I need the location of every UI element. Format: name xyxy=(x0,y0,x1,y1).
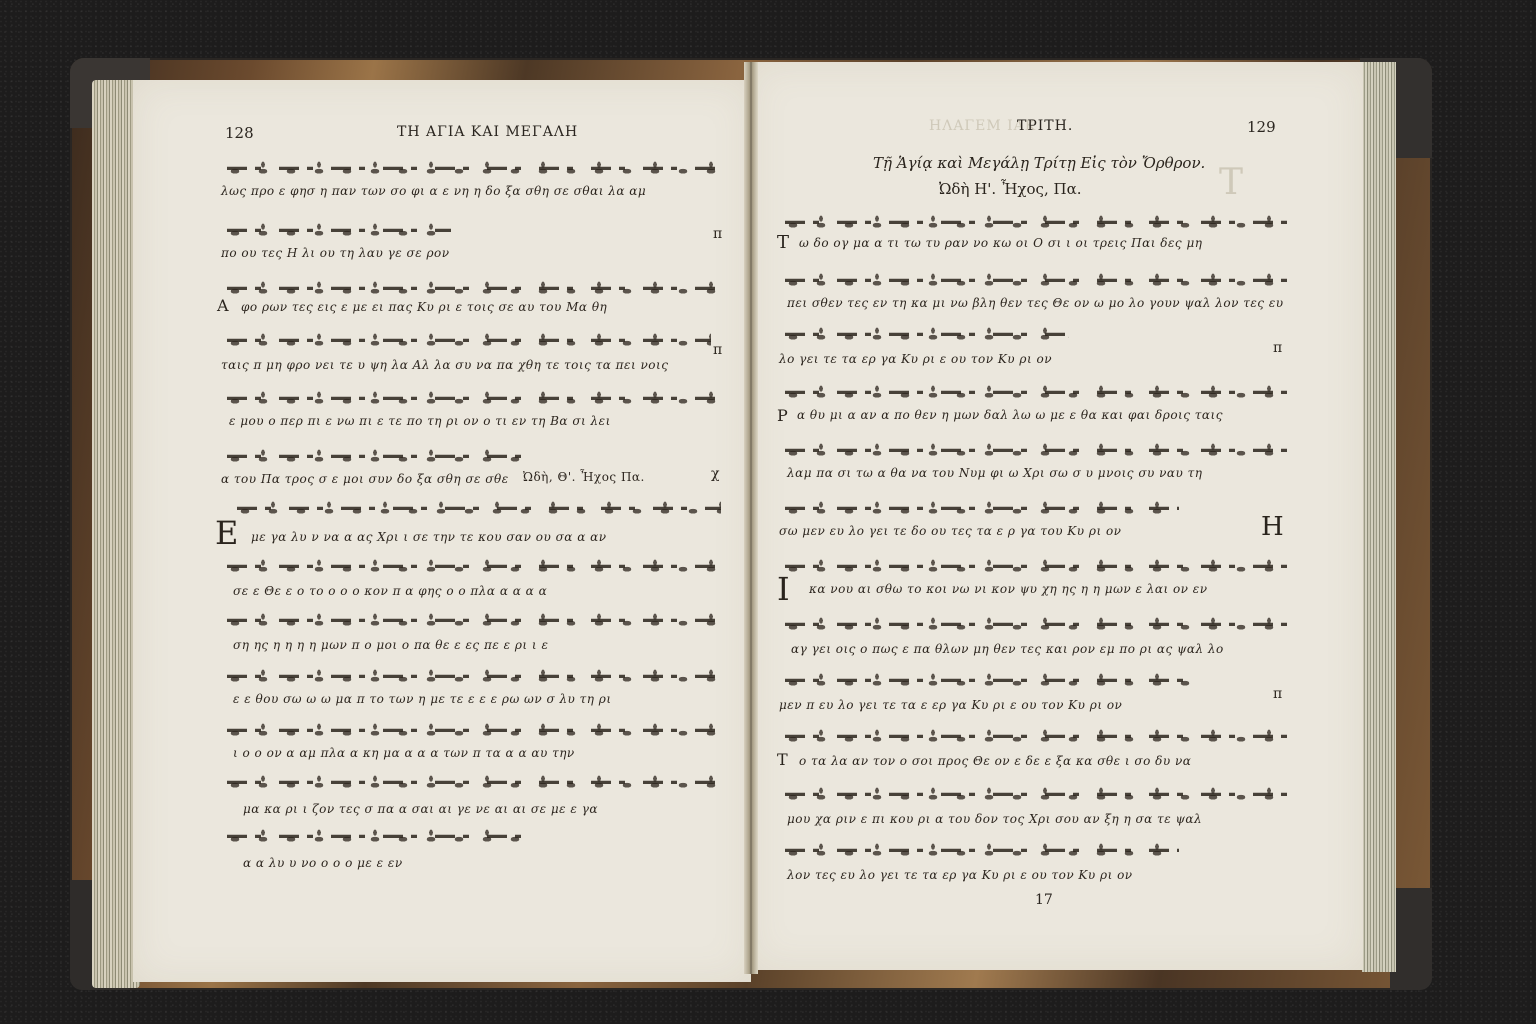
lyric-line: ο τα λα αν τον ο σοι προς Θε ον ε δε ε ξ… xyxy=(799,754,1191,768)
section-title: Τῇ Ἁγίᾳ καὶ Μεγάλῃ Τρίτῃ Εἰς τὸν Ὄρθρον. xyxy=(873,154,1205,172)
neume-line xyxy=(779,498,1179,520)
initial-letter: Ρ xyxy=(777,406,788,425)
right-page[interactable]: ΗΛΑΓΕΜ ΙΑΚ ΤΡΙΤΗ. 129 Τῇ Ἁγίᾳ καὶ Μεγάλῃ… xyxy=(749,62,1363,970)
neume-line xyxy=(221,720,721,742)
lyric-line: κα νου αι σθω το κοι νω νι κον ψυ χη ης … xyxy=(809,582,1208,596)
cover-corner xyxy=(1390,888,1432,990)
lyric-line: λως προ ε φησ η παν των σο φι α ε νη η δ… xyxy=(221,184,646,198)
page-number: 128 xyxy=(225,124,254,142)
lyric-line: ε ε θου σω ω ω μα π το των η με τε ε ε ε… xyxy=(233,692,612,706)
running-head: ΤΗ ΑΓΙΑ ΚΑΙ ΜΕΓΑΛΗ xyxy=(397,124,578,140)
lyric-line: ω δο ογ μα α τι τω τυ ραν νο κω οι Ο σι … xyxy=(799,236,1202,250)
lyric-line: α του Πα τρος σ ε μοι συν δο ξα σθη σε σ… xyxy=(221,472,509,486)
lyric-line: ση ης η η η η μων π ο μοι ο πα θε ε ες π… xyxy=(233,638,548,652)
lyric-line: λαμ πα σι τω α θα να του Νυμ φι ω Χρι σω… xyxy=(787,466,1202,480)
margin-mark: π xyxy=(713,342,722,358)
neume-line xyxy=(779,270,1289,292)
lyric-line: πο ου τες Η λι ου τη λαυ γε σε ρον xyxy=(221,246,450,260)
neume-line xyxy=(779,212,1289,234)
lyric-line: ταις π μη φρο νει τε υ ψη λα Αλ λα συ να… xyxy=(221,358,668,372)
neume-line xyxy=(221,220,451,242)
neume-line xyxy=(221,446,521,468)
drop-cap: Ι xyxy=(777,570,790,608)
neume-line xyxy=(221,388,721,410)
lyric-line: α θυ μι α αν α πο θεν η μων δαλ λω ω με … xyxy=(797,408,1223,422)
left-page[interactable]: 128 ΤΗ ΑΓΙΑ ΚΑΙ ΜΕΓΑΛΗ λως προ ε φησ η π… xyxy=(133,80,751,982)
ode-heading: Ὠδὴ, Θ'. Ἦχος Πα. xyxy=(523,470,645,484)
margin-mark: π xyxy=(713,226,722,242)
bleed-through: T xyxy=(1219,162,1244,203)
neume-line xyxy=(221,278,721,300)
book-gutter xyxy=(744,62,758,974)
lyric-line: λον τες ευ λο γει τε τα ερ γα Κυ ρι ε ου… xyxy=(787,868,1133,882)
neume-line xyxy=(231,498,721,520)
running-head: ΤΡΙΤΗ. xyxy=(1017,118,1073,134)
lyric-line: σω μεν ευ λο γει τε δο ου τες τα ε ρ γα … xyxy=(779,524,1121,538)
neume-line xyxy=(779,324,1069,346)
drop-cap: Ε xyxy=(215,514,238,552)
lyric-line: αγ γει οις ο πως ε πα θλων μη θεν τες κα… xyxy=(791,642,1224,656)
lyric-line: μεν π ευ λο γει τε τα ε ερ γα Κυ ρι ε ου… xyxy=(779,698,1122,712)
neume-line xyxy=(779,726,1289,748)
neume-line xyxy=(779,840,1179,862)
drop-cap: Η xyxy=(1261,512,1284,542)
neume-line xyxy=(779,556,1289,578)
margin-mark: π xyxy=(1273,686,1282,702)
neume-line xyxy=(221,556,721,578)
section-subtitle: Ὠδὴ Η'. Ἦχος, Πα. xyxy=(939,180,1081,198)
neume-line xyxy=(779,614,1289,636)
initial-letter: Α xyxy=(217,296,229,315)
neume-line xyxy=(221,158,721,180)
neume-line xyxy=(221,772,721,794)
neume-line xyxy=(221,330,711,352)
signature-mark: 17 xyxy=(1035,892,1053,908)
neume-line xyxy=(779,382,1289,404)
neume-line xyxy=(221,826,521,848)
page-edges-right xyxy=(1362,62,1396,972)
initial-letter: Τ xyxy=(777,232,789,253)
margin-mark: π xyxy=(1273,340,1282,356)
initial-letter: Τ xyxy=(777,750,788,769)
lyric-line: λο γει τε τα ερ γα Κυ ρι ε ου τον Κυ ρι … xyxy=(779,352,1052,366)
lyric-line: με γα λυ ν να α ας Χρι ι σε την τε κου σ… xyxy=(251,530,607,544)
neume-line xyxy=(779,670,1199,692)
page-number: 129 xyxy=(1247,118,1276,136)
neume-line xyxy=(221,666,721,688)
neume-line xyxy=(221,610,721,632)
neume-line xyxy=(779,784,1289,806)
lyric-line: μου χα ριν ε πι κου ρι α του δον τος Χρι… xyxy=(787,812,1202,826)
lyric-line: πει σθεν τες εν τη κα μι νω βλη θεν τες … xyxy=(787,296,1284,310)
lyric-line: α α λυ υ νο ο ο ο με ε εν xyxy=(243,856,403,870)
lyric-line: μα κα ρι ι ζον τες σ πα α σαι αι γε νε α… xyxy=(243,802,598,816)
margin-mark: χ xyxy=(711,466,719,482)
lyric-line: σε ε Θε ε ο το ο ο ο κον π α φης ο ο πλα… xyxy=(233,584,547,598)
lyric-line: φο ρων τες εις ε με ει πας Κυ ρι ε τοις … xyxy=(241,300,607,314)
neume-line xyxy=(779,440,1289,462)
lyric-line: ε μου ο περ πι ε νω πι ε τε πο τη ρι ον … xyxy=(229,414,611,428)
lyric-line: ι ο ο ον α αμ πλα α κη μα α α α των π τα… xyxy=(233,746,575,760)
